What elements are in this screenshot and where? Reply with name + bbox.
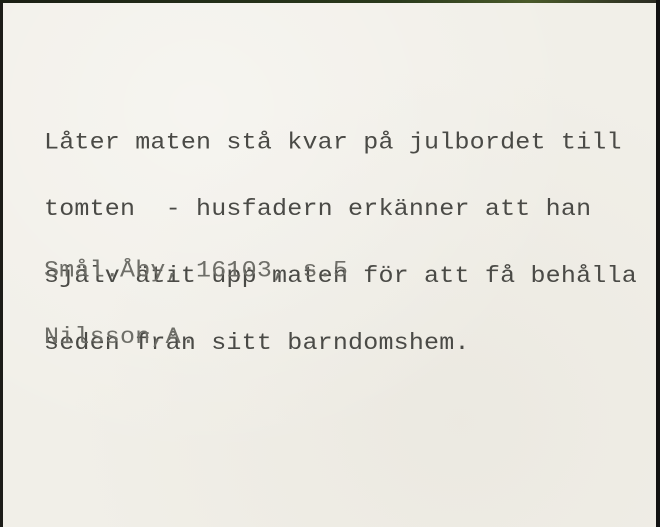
main-text-line-1: Låter maten stå kvar på julbordet till (44, 132, 637, 154)
reference-source-line: Smål.Åby, 16103, s.5 (44, 260, 348, 282)
card-reference: Smål.Åby, 16103, s.5 Nilsson,A. (44, 215, 348, 371)
scan-right-edge (656, 0, 660, 527)
reference-informant-line: Nilsson,A. (44, 327, 348, 349)
